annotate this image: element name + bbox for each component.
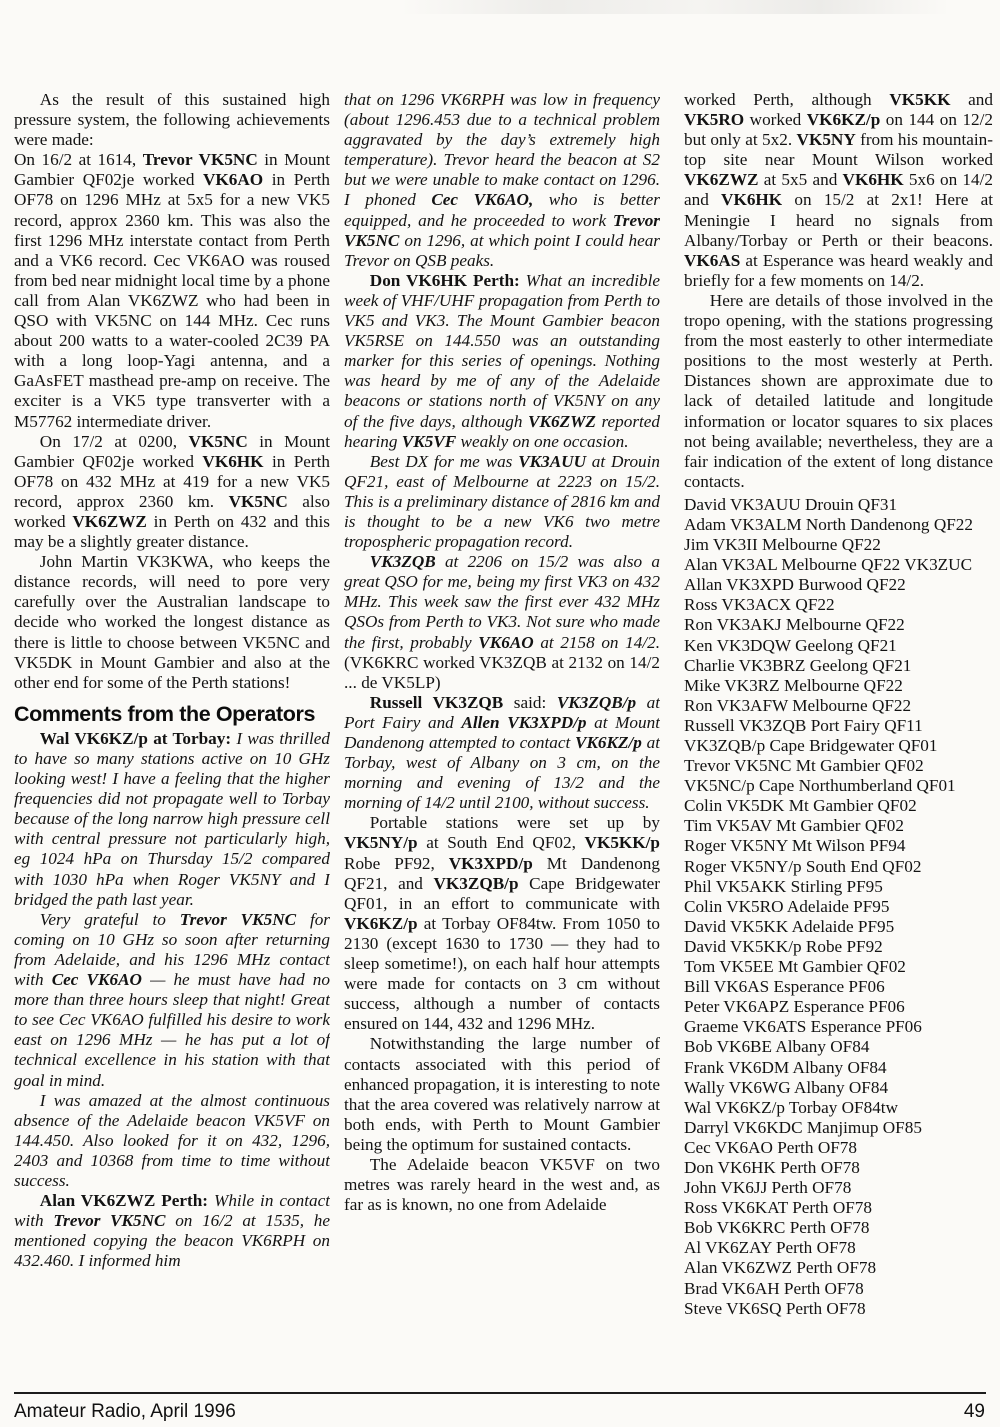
text-run: VK5NY	[797, 130, 856, 149]
station-list-item: Ron VK3AFW Melbourne QF22	[684, 696, 993, 716]
text-column-middle: that on 1296 VK6RPH was low in frequency…	[344, 90, 660, 1388]
text-run: Robe PF92,	[344, 854, 449, 873]
text-run: Cec VK6AO	[52, 970, 142, 989]
text-run: As the result of this sustained high pre…	[14, 90, 330, 149]
text-run: VK5VF	[402, 432, 456, 451]
text-run: Trevor VK5NC	[180, 910, 296, 929]
text-run: On 17/2 at 0200,	[40, 432, 189, 451]
station-list-item: Al VK6ZAY Perth OF78	[684, 1238, 993, 1258]
text-run: I was amazed at the almost continuous ab…	[14, 1091, 330, 1190]
text-run: at 2158 on 14/2.	[534, 633, 660, 652]
station-list-item: Ron VK3AKJ Melbourne QF22	[684, 615, 993, 635]
text-run: VK6ZWZ	[528, 412, 596, 431]
paragraph: VK3ZQB at 2206 on 15/2 was also a great …	[344, 552, 660, 693]
footer-page-number: 49	[964, 1401, 985, 1423]
station-list-item: Steve VK6SQ Perth OF78	[684, 1299, 993, 1319]
text-run: VK6HK	[202, 452, 263, 471]
text-run: said:	[503, 693, 557, 712]
station-list-item: Phil VK5AKK Stirling PF95	[684, 877, 993, 897]
text-run: VK5NC	[189, 432, 248, 451]
text-run: Trevor VK5NC	[143, 150, 258, 169]
station-list-item: Bob VK6KRC Perth OF78	[684, 1218, 993, 1238]
paragraph: Best DX for me was VK3AUU at Drouin QF21…	[344, 452, 660, 552]
station-list-item: Tim VK5AV Mt Gambier QF02	[684, 816, 993, 836]
station-list-item: Bob VK6BE Albany OF84	[684, 1037, 993, 1057]
paragraph: On 16/2 at 1614, Trevor VK5NC in Mount G…	[14, 150, 330, 431]
footer-journal-title: Amateur Radio, April 1996	[14, 1401, 236, 1423]
text-run: Here are details of those involved in th…	[684, 291, 993, 491]
text-run: VK5KK	[889, 90, 950, 109]
section-heading: Comments from the Operators	[14, 704, 330, 724]
station-list-item: VK5NC/p Cape Northumberland QF01	[684, 776, 993, 796]
paragraph: worked Perth, although VK5KK and VK5RO w…	[684, 90, 993, 291]
station-list-item: Alan VK3AL Melbourne QF22 VK3ZUC	[684, 555, 993, 575]
station-list-item: Don VK6HK Perth OF78	[684, 1158, 993, 1178]
text-run: Wal VK6KZ/p at Torbay:	[40, 729, 237, 748]
paragraph: Don VK6HK Perth: What an incredible week…	[344, 271, 660, 452]
text-run: VK6KZ/p	[807, 110, 881, 129]
text-run: Portable stations were set up by	[370, 813, 660, 832]
station-list-item: Roger VK5NY/p South End QF02	[684, 857, 993, 877]
text-run: VK3ZQB/p	[557, 693, 636, 712]
station-list-item: Cec VK6AO Perth OF78	[684, 1138, 993, 1158]
text-run: VK5KK/p	[585, 833, 660, 852]
text-run: VK3ZQB/p	[434, 874, 519, 893]
station-list-item: Roger VK5NY Mt Wilson PF94	[684, 836, 993, 856]
text-column-left: As the result of this sustained high pre…	[14, 90, 330, 1388]
paragraph: Alan VK6ZWZ Perth: While in contact with…	[14, 1191, 330, 1271]
footer-divider	[14, 1392, 986, 1394]
station-list-item: David VK5KK Adelaide PF95	[684, 917, 993, 937]
text-run: Cec VK6AO,	[431, 190, 533, 209]
text-run: and	[950, 90, 993, 109]
station-list-item: Adam VK3ALM North Dandenong QF22	[684, 515, 993, 535]
page-footer: Amateur Radio, April 1996 49	[14, 1401, 985, 1423]
station-list-item: Wal VK6KZ/p Torbay OF84tw	[684, 1098, 993, 1118]
text-run: VK6KZ/p	[575, 733, 642, 752]
text-run: VK5NY/p	[344, 833, 418, 852]
station-list-item: Ross VK6KAT Perth OF78	[684, 1198, 993, 1218]
text-run: VK5RO	[684, 110, 744, 129]
text-run: in Perth OF78 on 1296 MHz at 5x5 for a n…	[14, 170, 330, 430]
text-run: VK6AS	[684, 251, 740, 270]
text-run: Best DX for me was	[370, 452, 518, 471]
station-list-item: David VK3AUU Drouin QF31	[684, 495, 993, 515]
station-list-item: John VK6JJ Perth OF78	[684, 1178, 993, 1198]
text-run: at South End QF02,	[418, 833, 585, 852]
text-run: I was thrilled to have so many stations …	[14, 729, 330, 909]
paragraph: On 17/2 at 0200, VK5NC in Mount Gambier …	[14, 432, 330, 553]
station-list-item: Ross VK3ACX QF22	[684, 595, 993, 615]
station-list: David VK3AUU Drouin QF31Adam VK3ALM Nort…	[684, 495, 993, 1319]
text-run: The Adelaide beacon VK5VF on two metres …	[344, 1155, 660, 1214]
text-run: (VK6KRC worked VK3ZQB at 2132 on 14/2 ..…	[344, 653, 660, 692]
station-list-item: Graeme VK6ATS Esperance PF06	[684, 1017, 993, 1037]
text-run: VK6ZWZ	[684, 170, 759, 189]
text-run: Notwithstanding the large number of cont…	[344, 1034, 660, 1153]
station-list-item: Alan VK6ZWZ Perth OF78	[684, 1258, 993, 1278]
magazine-page: As the result of this sustained high pre…	[0, 0, 1000, 1427]
text-run: worked Perth, although	[684, 90, 889, 109]
text-run: VK6AO	[203, 170, 263, 189]
station-list-item: Peter VK6APZ Esperance PF06	[684, 997, 993, 1017]
text-run: VK6AO	[478, 633, 533, 652]
text-run: John Martin VK3KWA, who keeps the distan…	[14, 552, 330, 692]
text-run: VK6HK	[843, 170, 904, 189]
text-run: VK6ZWZ	[72, 512, 147, 531]
paragraph: Russell VK3ZQB said: VK3ZQB/p at Port Fa…	[344, 693, 660, 814]
paragraph: Notwithstanding the large number of cont…	[344, 1034, 660, 1155]
paragraph: I was amazed at the almost continuous ab…	[14, 1091, 330, 1191]
paragraph: Wal VK6KZ/p at Torbay: I was thrilled to…	[14, 729, 330, 910]
text-run: On 16/2 at 1614,	[14, 150, 143, 169]
paragraph: John Martin VK3KWA, who keeps the distan…	[14, 552, 330, 693]
text-run: Russell VK3ZQB	[370, 693, 503, 712]
station-list-item: Colin VK5RO Adelaide PF95	[684, 897, 993, 917]
text-run: at 5x5 and	[759, 170, 843, 189]
station-list-item: David VK5KK/p Robe PF92	[684, 937, 993, 957]
text-run: VK3XPD/p	[449, 854, 533, 873]
station-list-item: Brad VK6AH Perth OF78	[684, 1279, 993, 1299]
paragraph: Very grateful to Trevor VK5NC for coming…	[14, 910, 330, 1091]
text-run: Very grateful to	[40, 910, 180, 929]
text-run: What an incredible week of VHF/UHF propa…	[344, 271, 660, 431]
text-run: VK6HK	[721, 190, 782, 209]
paragraph: Here are details of those involved in th…	[684, 291, 993, 492]
station-list-item: Bill VK6AS Esperance PF06	[684, 977, 993, 997]
station-list-item: Frank VK6DM Albany OF84	[684, 1058, 993, 1078]
station-list-item: Russell VK3ZQB Port Fairy QF11	[684, 716, 993, 736]
station-list-item: VK3ZQB/p Cape Bridgewater QF01	[684, 736, 993, 756]
station-list-item: Colin VK5DK Mt Gambier QF02	[684, 796, 993, 816]
station-list-item: Ken VK3DQW Geelong QF21	[684, 636, 993, 656]
paragraph: Portable stations were set up by VK5NY/p…	[344, 813, 660, 1034]
text-run: Alan VK6ZWZ Perth:	[40, 1191, 214, 1210]
station-list-item: Trevor VK5NC Mt Gambier QF02	[684, 756, 993, 776]
text-run: Don VK6HK Perth:	[370, 271, 526, 290]
paragraph: As the result of this sustained high pre…	[14, 90, 330, 150]
text-column-right: worked Perth, although VK5KK and VK5RO w…	[684, 90, 993, 1388]
text-run: weakly on one occasion.	[456, 432, 628, 451]
text-run: Allen VK3XPD/p	[461, 713, 586, 732]
paragraph: that on 1296 VK6RPH was low in frequency…	[344, 90, 660, 271]
station-list-item: Tom VK5EE Mt Gambier QF02	[684, 957, 993, 977]
text-run: VK5NC	[229, 492, 288, 511]
station-list-item: Mike VK3RZ Melbourne QF22	[684, 676, 993, 696]
station-list-item: Wally VK6WG Albany OF84	[684, 1078, 993, 1098]
station-list-item: Darryl VK6KDC Manjimup OF85	[684, 1118, 993, 1138]
text-run: Trevor VK5NC	[53, 1211, 165, 1230]
text-run: VK3ZQB	[370, 552, 436, 571]
station-list-item: Charlie VK3BRZ Geelong QF21	[684, 656, 993, 676]
station-list-item: Jim VK3II Melbourne QF22	[684, 535, 993, 555]
text-run: worked	[744, 110, 807, 129]
paragraph: The Adelaide beacon VK5VF on two metres …	[344, 1155, 660, 1215]
text-run: VK3AUU	[518, 452, 586, 471]
station-list-item: Allan VK3XPD Burwood QF22	[684, 575, 993, 595]
text-run: VK6KZ/p	[344, 914, 418, 933]
